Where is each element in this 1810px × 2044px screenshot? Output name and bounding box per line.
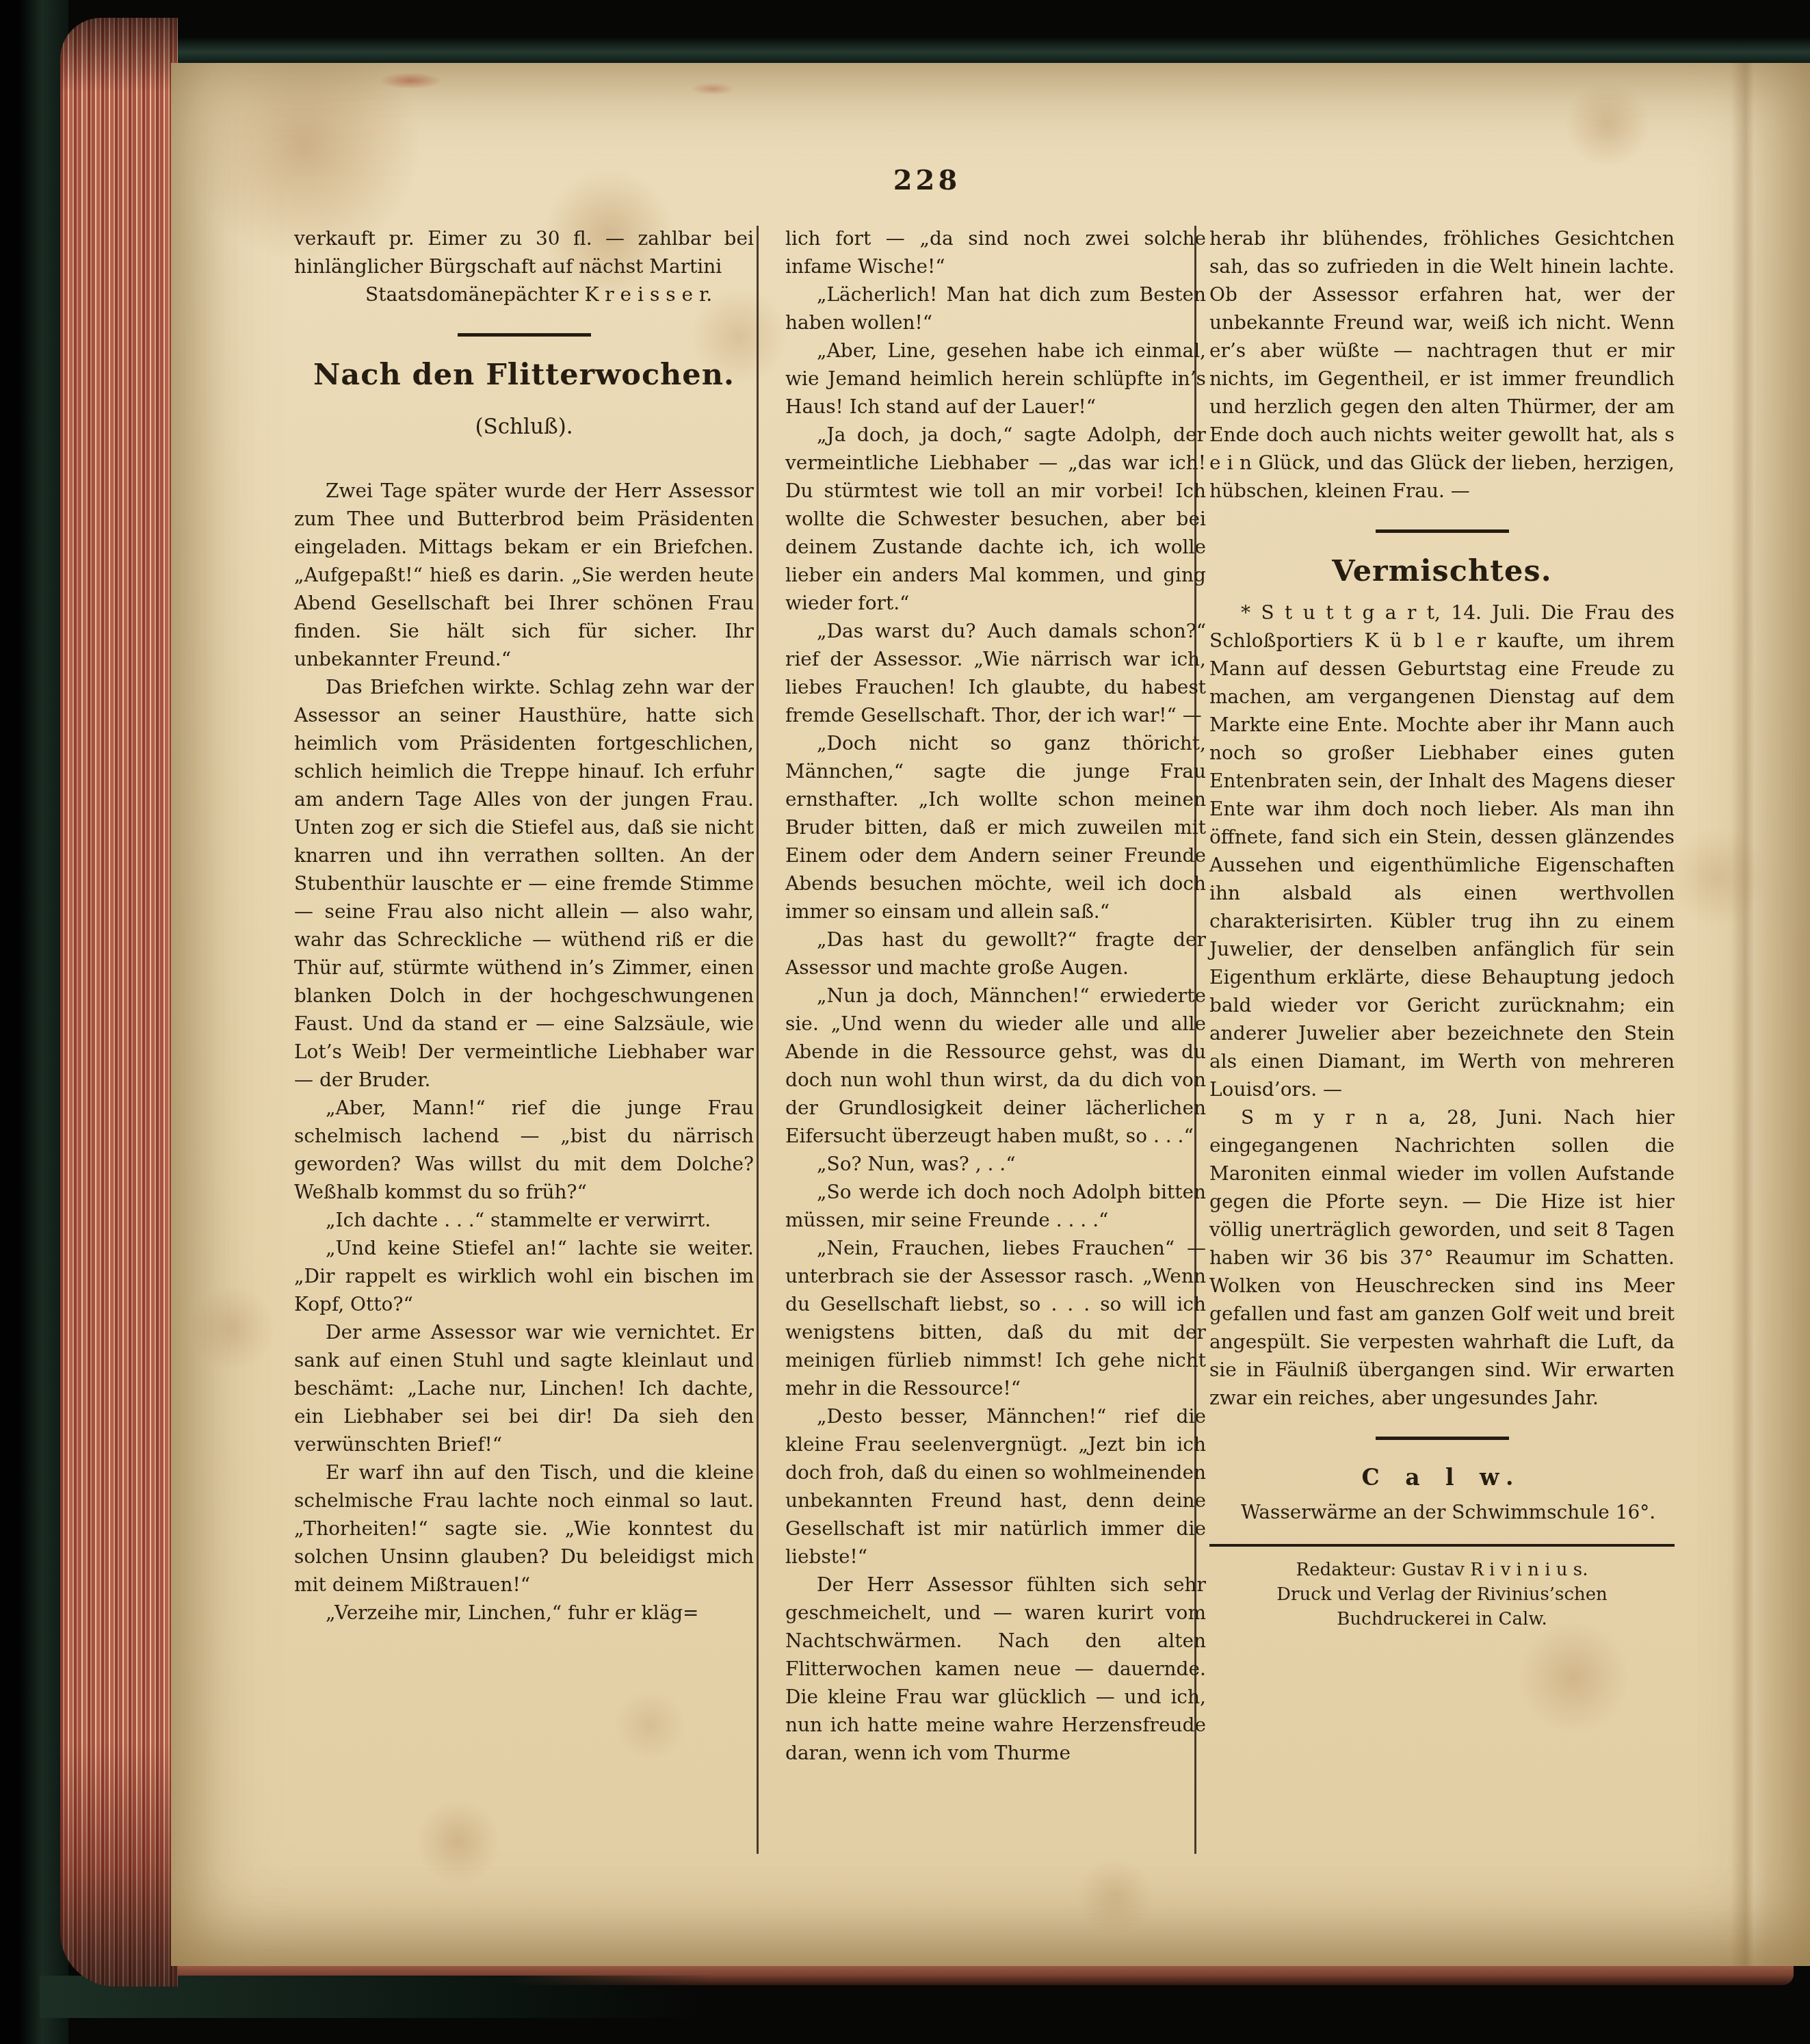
body-paragraph: Der arme Assessor war wie vernichtet. Er… xyxy=(294,1318,754,1458)
body-paragraph: „Nein, Frauchen, liebes Frauchen“ — unte… xyxy=(785,1234,1206,1402)
page-number: 228 xyxy=(858,164,995,196)
body-paragraph: lich fort — „da sind noch zwei solche in… xyxy=(785,224,1206,280)
article-subtitle: (Schluß). xyxy=(294,413,754,441)
imprint-line: Redakteur: Gustav R i v i n i u s. xyxy=(1209,1558,1675,1582)
body-paragraph: verkauft pr. Eimer zu 30 fl. — zahlbar b… xyxy=(294,224,754,280)
body-paragraph: „Das warst du? Auch damals schon?“ rief … xyxy=(785,617,1206,729)
body-paragraph: „Ja doch, ja doch,“ sagte Adolph, der ve… xyxy=(785,421,1206,617)
column-2: lich fort — „da sind noch zwei solche in… xyxy=(785,224,1206,1767)
column-rule-1 xyxy=(757,226,759,1854)
body-paragraph: Das Briefchen wirkte. Schlag zehn war de… xyxy=(294,673,754,1094)
red-page-edges xyxy=(60,18,178,1987)
body-paragraph: Zwei Tage später wurde der Herr Assessor… xyxy=(294,477,754,673)
body-paragraph: „Aber, Line, gesehen habe ich einmal, wi… xyxy=(785,337,1206,421)
body-paragraph: „Verzeihe mir, Linchen,“ fuhr er kläg= xyxy=(294,1599,754,1627)
body-paragraph: Der Herr Assessor fühlten sich sehr gesc… xyxy=(785,1571,1206,1767)
body-paragraph: „Lächerlich! Man hat dich zum Besten hab… xyxy=(785,280,1206,337)
article-title: Nach den Flitterwochen. xyxy=(294,357,754,393)
body-paragraph: * S t u t t g a r t, 14. Juli. Die Frau … xyxy=(1209,599,1675,1103)
newspaper-page: 228 verkauft pr. Eimer zu 30 fl. — zahlb… xyxy=(171,63,1810,1966)
body-paragraph: „Ich dachte . . .“ stammelte er verwirrt… xyxy=(294,1206,754,1234)
body-paragraph: „Doch nicht so ganz thöricht, Männchen,“… xyxy=(785,729,1206,926)
body-paragraph: „Nun ja doch, Männchen!“ erwiederte sie.… xyxy=(785,982,1206,1150)
body-paragraph: „So? Nun, was? , . .“ xyxy=(785,1150,1206,1178)
section-divider xyxy=(1376,529,1509,533)
body-paragraph: S m y r n a, 28, Juni. Nach hier eingega… xyxy=(1209,1103,1675,1412)
body-paragraph: „Desto besser, Männchen!“ rief die klein… xyxy=(785,1402,1206,1571)
body-paragraph: „So werde ich doch noch Adolph bitten mü… xyxy=(785,1178,1206,1234)
column-1: verkauft pr. Eimer zu 30 fl. — zahlbar b… xyxy=(294,224,754,1627)
section-divider xyxy=(458,333,591,337)
body-paragraph: herab ihr blühendes, fröhliches Gesichtc… xyxy=(1209,224,1675,505)
book-cover-left-edge xyxy=(0,0,68,2044)
imprint-line: Druck und Verlag der Rivinius’schen Buch… xyxy=(1209,1582,1675,1632)
body-paragraph: „Das hast du gewollt?“ fragte der Assess… xyxy=(785,926,1206,982)
column-3: herab ihr blühendes, fröhliches Gesichtc… xyxy=(1209,224,1675,1632)
book-cover-top-edge xyxy=(163,37,1810,64)
article-title: Vermischtes. xyxy=(1209,553,1675,589)
footer-rule xyxy=(1209,1544,1675,1547)
signature-line: Staatsdomänepächter K r e i s s e r. xyxy=(294,280,754,309)
subsection-title: C a l w. xyxy=(1209,1463,1675,1491)
body-paragraph: „Und keine Stiefel an!“ lachte sie weite… xyxy=(294,1234,754,1318)
section-divider xyxy=(1376,1437,1509,1440)
body-paragraph: Er warf ihn auf den Tisch, und die klein… xyxy=(294,1458,754,1599)
body-paragraph: „Aber, Mann!“ rief die junge Frau schelm… xyxy=(294,1094,754,1206)
body-paragraph: Wasserwärme an der Schwimmschule 16°. xyxy=(1209,1498,1675,1526)
book-page-photo: 228 verkauft pr. Eimer zu 30 fl. — zahlb… xyxy=(0,0,1810,2044)
